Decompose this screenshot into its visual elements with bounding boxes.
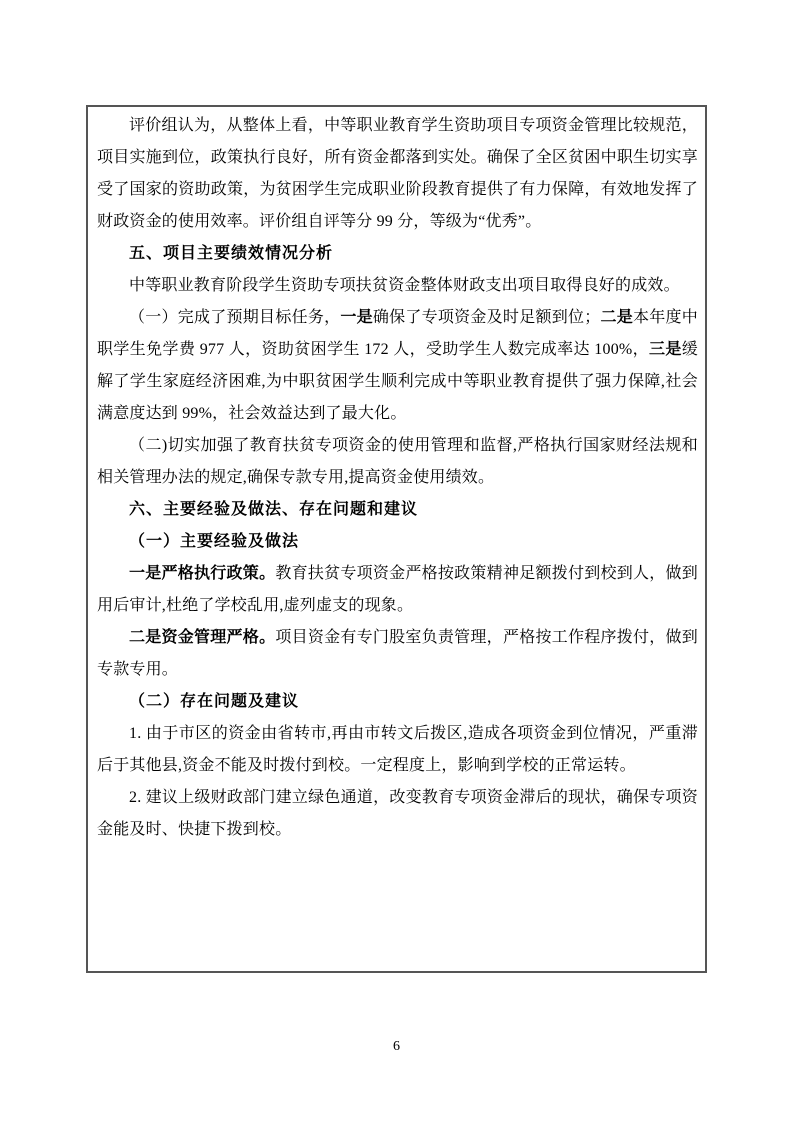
document-page: 评价组认为，从整体上看，中等职业教育学生资助项目专项资金管理比较规范，项目实施到… [0,0,793,1122]
section-heading: 五、项目主要绩效情况分析 [97,238,698,270]
content-cell: 评价组认为，从整体上看，中等职业教育学生资助项目专项资金管理比较规范，项目实施到… [86,105,707,973]
bold-text-run: （二）存在问题及建议 [129,693,299,710]
paragraph: 二是资金管理严格。项目资金有专门股室负责管理，严格按工作程序拨付，做到专款专用。 [97,622,698,686]
section-heading: （一）主要经验及做法 [97,526,698,558]
bold-text-run: 二是 [600,309,633,326]
paragraph: （一）完成了预期目标任务，一是确保了专项资金及时足额到位；二是本年度中职学生免学… [97,302,698,430]
text-run: 中等职业教育阶段学生资助专项扶贫资金整体财政支出项目取得良好的成效。 [129,277,680,294]
paragraph: 一是严格执行政策。教育扶贫专项资金严格按政策精神足额拨付到校到人，做到用后审计,… [97,558,698,622]
bold-text-run: 三是 [649,341,682,358]
paragraph: 1. 由于市区的资金由省转市,再由市转文后拨区,造成各项资金到位情况，严重滞后于… [97,718,698,782]
paragraph: （二)切实加强了教育扶贫专项资金的使用管理和监督,严格执行国家财经法规和相关管理… [97,430,698,494]
document-body: 评价组认为，从整体上看，中等职业教育学生资助项目专项资金管理比较规范，项目实施到… [97,110,698,846]
paragraph: 中等职业教育阶段学生资助专项扶贫资金整体财政支出项目取得良好的成效。 [97,270,698,302]
section-heading: 六、主要经验及做法、存在问题和建议 [97,494,698,526]
bold-text-run: 一是 [340,309,373,326]
text-run: （一）完成了预期目标任务， [129,309,340,326]
text-run: 2. 建议上级财政部门建立绿色通道，改变教育专项资金滞后的现状，确保专项资金能及… [97,789,698,838]
bold-text-run: 六、主要经验及做法、存在问题和建议 [129,501,418,518]
paragraph: 评价组认为，从整体上看，中等职业教育学生资助项目专项资金管理比较规范，项目实施到… [97,110,698,238]
text-run: 1. 由于市区的资金由省转市,再由市转文后拨区,造成各项资金到位情况，严重滞后于… [97,725,698,774]
paragraph: 2. 建议上级财政部门建立绿色通道，改变教育专项资金滞后的现状，确保专项资金能及… [97,782,698,846]
page-number: 6 [0,1038,793,1056]
section-heading: （二）存在问题及建议 [97,686,698,718]
bold-text-run: 五、项目主要绩效情况分析 [129,245,333,262]
text-run: 评价组认为，从整体上看，中等职业教育学生资助项目专项资金管理比较规范，项目实施到… [97,117,698,230]
text-run: （二)切实加强了教育扶贫专项资金的使用管理和监督,严格执行国家财经法规和相关管理… [97,437,698,486]
bold-text-run: （一）主要经验及做法 [129,533,299,550]
bold-text-run: 二是资金管理严格。 [129,629,275,646]
text-run: 确保了专项资金及时足额到位； [373,309,601,326]
bold-text-run: 一是严格执行政策。 [129,565,275,582]
